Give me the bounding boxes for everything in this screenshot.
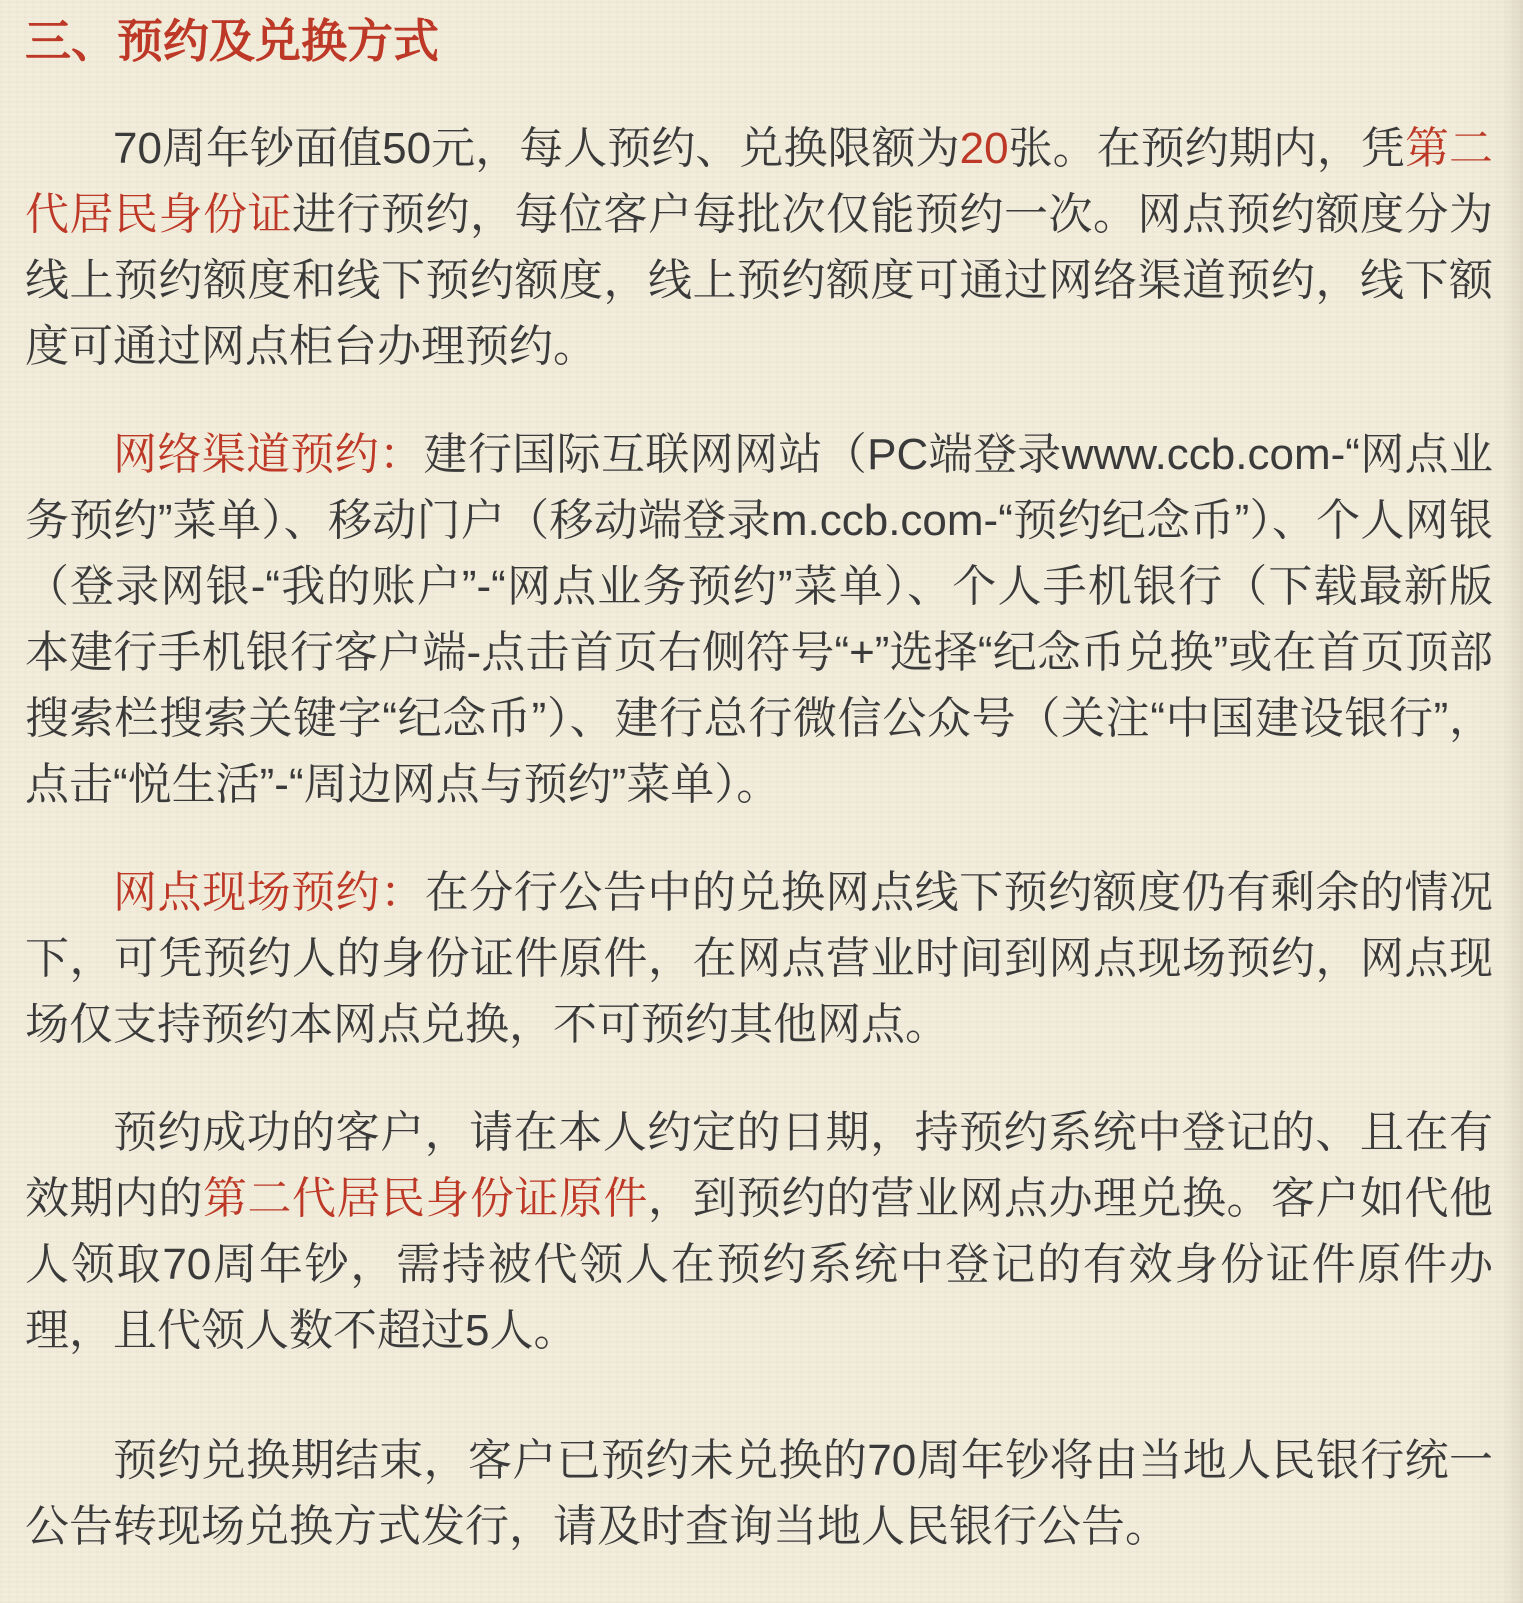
paragraph-quota-and-reservation-limits: 70周年钞面值50元，每人预约、兑换限额为20张。在预约期内，凭第二代居民身份证… xyxy=(25,116,1493,380)
highlighted-text: 网络渠道预约： xyxy=(113,430,424,479)
section-title: 三、预约及兑换方式 xyxy=(25,10,1493,72)
body-text: 预约兑换期结束，客户已预约未兑换的70周年钞将由当地人民银行统一公告转现场兑换方… xyxy=(25,1436,1493,1551)
body-text: 70周年钞面值50元，每人预约、兑换限额为 xyxy=(113,124,960,173)
highlighted-text: 第二代居民身份证原件 xyxy=(203,1174,648,1223)
paragraph-onsite-branch-reservation: 网点现场预约：在分行公告中的兑换网点线下预约额度仍有剩余的情况下，可凭预约人的身… xyxy=(25,860,1493,1058)
body-text: 建行国际互联网网站（PC端登录www.ccb.com-“网点业务预约”菜单）、移… xyxy=(25,430,1493,809)
body-text: 张。在预约期内，凭 xyxy=(1009,124,1405,173)
paragraph-online-channel-reservation: 网络渠道预约：建行国际互联网网站（PC端登录www.ccb.com-“网点业务预… xyxy=(25,422,1493,818)
highlighted-text: 网点现场预约： xyxy=(113,868,425,917)
highlighted-text: 20 xyxy=(960,124,1009,173)
announcement-page: 三、预约及兑换方式 70周年钞面值50元，每人预约、兑换限额为20张。在预约期内… xyxy=(0,0,1523,1603)
paragraph-successful-reservation-exchange: 预约成功的客户，请在本人约定的日期，持预约系统中登记的、且在有效期内的第二代居民… xyxy=(25,1100,1493,1364)
paragraph-after-exchange-period: 预约兑换期结束，客户已预约未兑换的70周年钞将由当地人民银行统一公告转现场兑换方… xyxy=(25,1428,1493,1560)
